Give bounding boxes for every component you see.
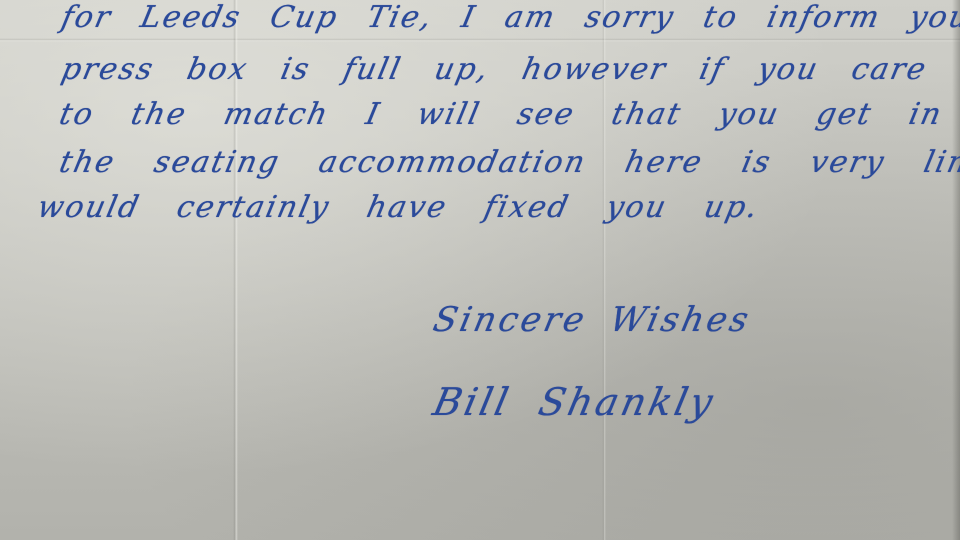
letter-line-2: press box is full up, however if you car… bbox=[58, 52, 960, 87]
letter-line-4: the seating accommodation here is very l… bbox=[56, 145, 960, 180]
letter-line-3: to the match I will see that you get in … bbox=[56, 97, 960, 132]
letter-signature: Bill Shankly bbox=[429, 380, 719, 424]
horizontal-fold-crease bbox=[0, 38, 960, 42]
letter-page: for Leeds Cup Tie, I am sorry to inform … bbox=[0, 0, 960, 540]
letter-line-5: would certainly have fixed you up. bbox=[34, 190, 762, 225]
letter-line-1: for Leeds Cup Tie, I am sorry to inform … bbox=[58, 0, 960, 35]
letter-closing: Sincere Wishes bbox=[430, 300, 755, 340]
